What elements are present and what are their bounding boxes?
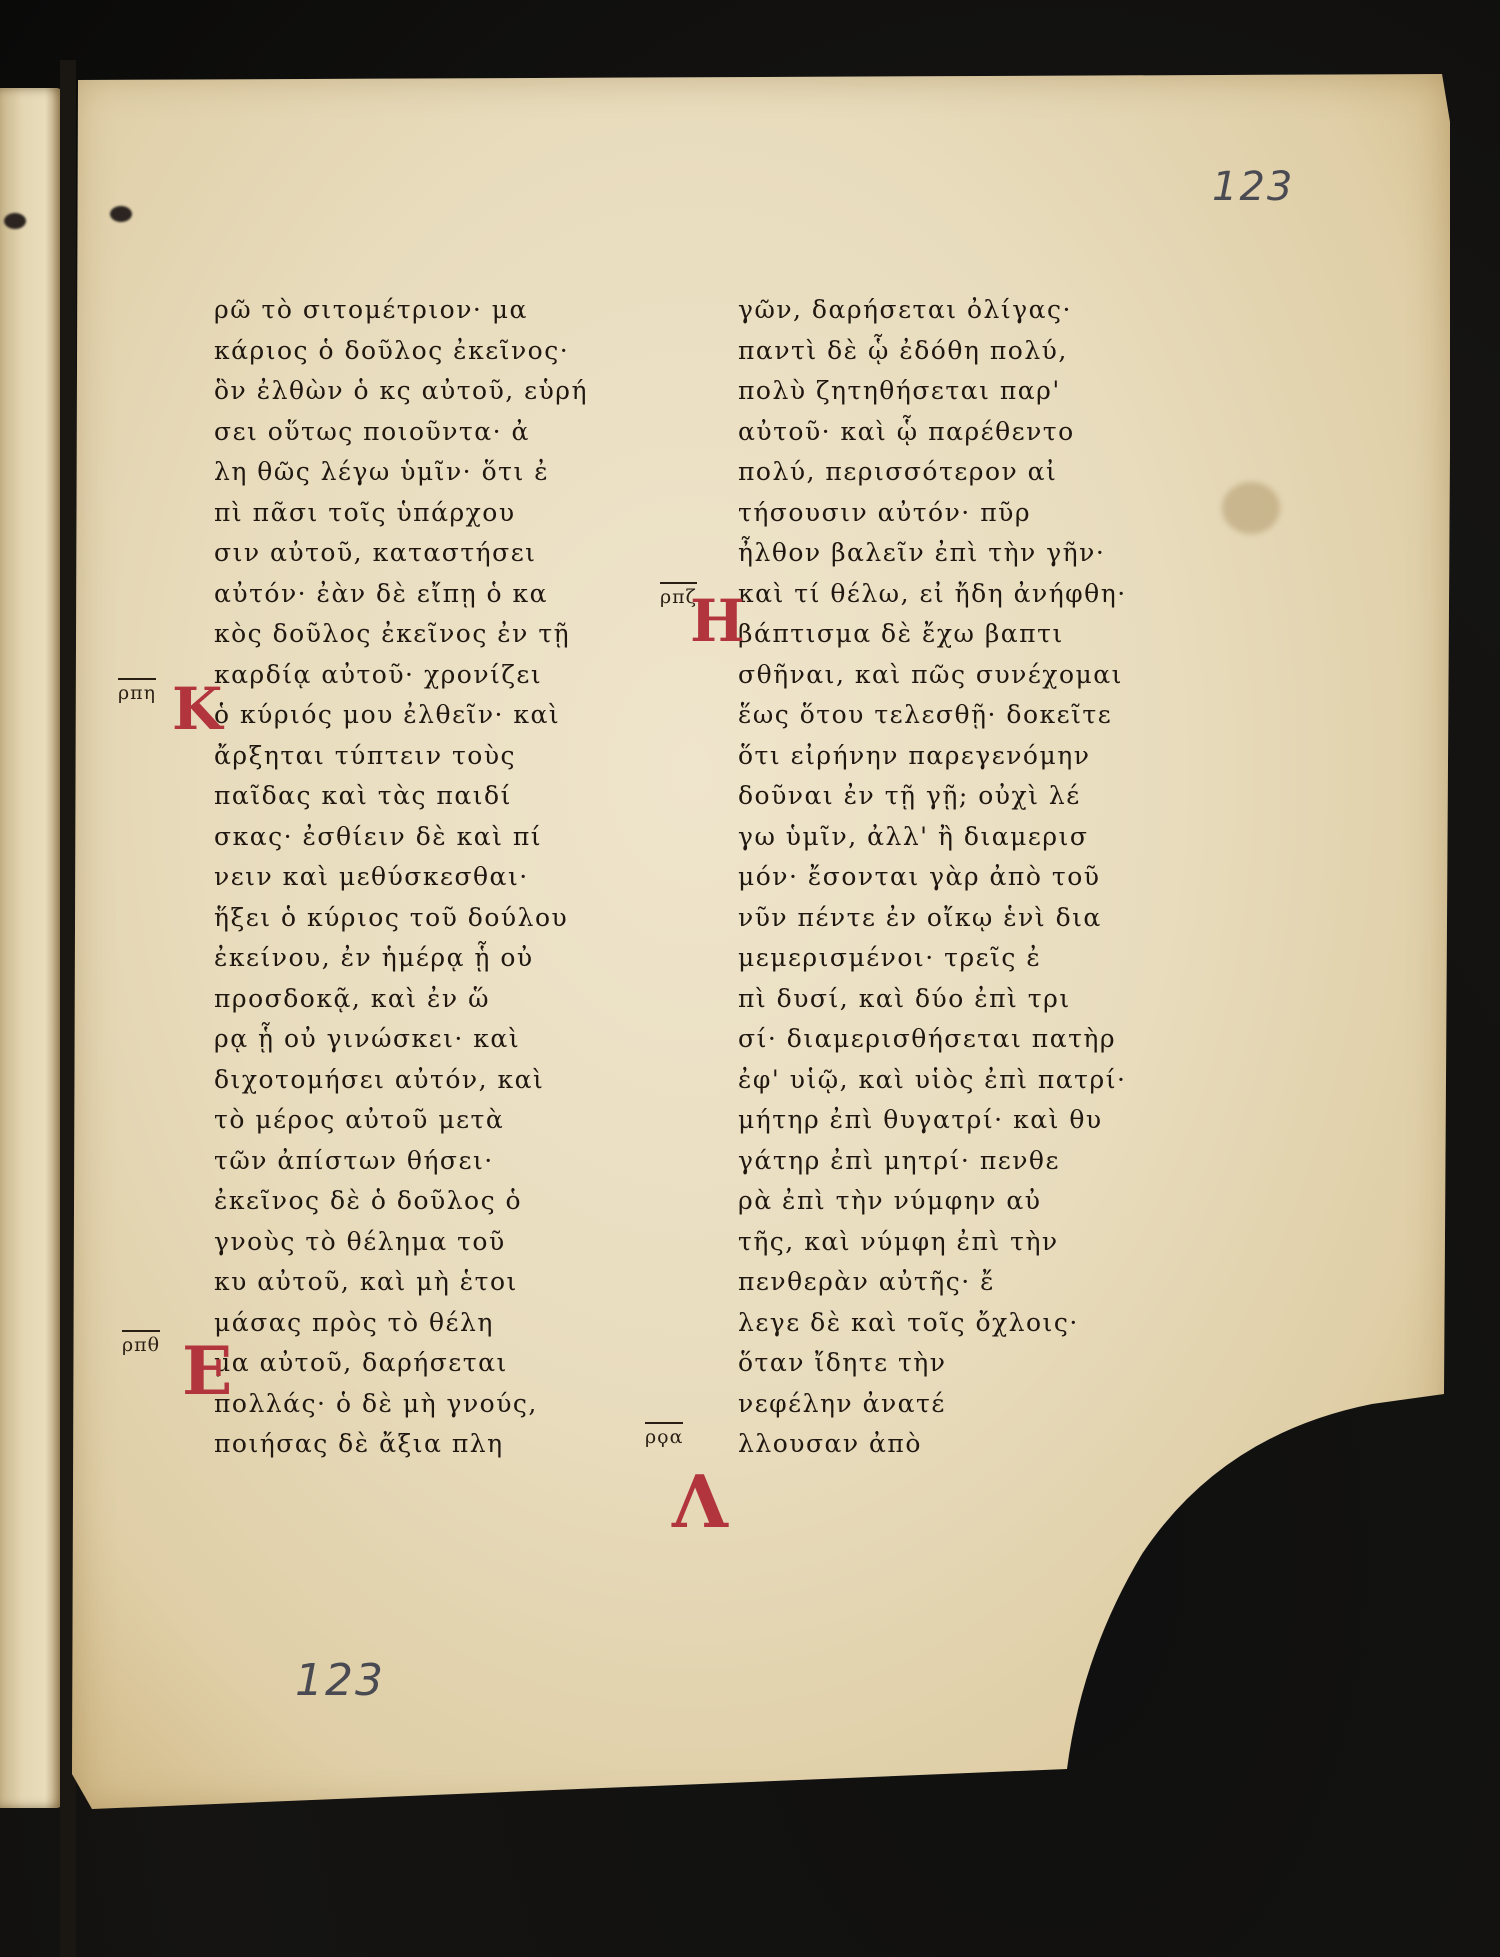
text-line: γῶν, δαρήσεται ὀλίγας·	[738, 290, 1127, 331]
text-line: σει οὕτως ποιοῦντα· ἀ	[214, 412, 588, 453]
margin-section-number: ρπθ	[122, 1330, 160, 1356]
text-line: ἐκεῖνος δὲ ὁ δοῦλος ὁ	[214, 1181, 588, 1222]
text-line: ἕως ὅτου τελεσθῇ· δοκεῖτε	[738, 695, 1127, 736]
text-line: πενθερὰν αὐτῆς· ἔ	[738, 1262, 1127, 1303]
margin-section-number: ρπη	[118, 678, 156, 704]
text-line: λη θῶς λέγω ὑμῖν· ὅτι ἐ	[214, 452, 588, 493]
text-line: βάπτισμα δὲ ἔχω βαπτι	[738, 614, 1127, 655]
text-line: διχοτομήσει αὐτόν, καὶ	[214, 1060, 588, 1101]
text-line: τῶν ἀπίστων θήσει·	[214, 1141, 588, 1182]
stain	[1222, 482, 1280, 534]
text-line: ὃν ἐλθὼν ὁ κς αὐτοῦ, εὑρή	[214, 371, 588, 412]
text-line: κάριος ὁ δοῦλος ἐκεῖνος·	[214, 331, 588, 372]
rubricated-initial: Η	[690, 592, 745, 650]
rubricated-initial: Ε	[182, 1338, 232, 1404]
folio-number-bottom: 123	[295, 1655, 385, 1706]
rubricated-initial: Κ	[172, 680, 222, 738]
right-text-column: γῶν, δαρήσεται ὀλίγας·παντὶ δὲ ᾧ ἐδόθη π…	[738, 290, 1127, 1465]
facing-page-edge	[0, 88, 64, 1808]
margin-section-number: ρϙα	[645, 1422, 683, 1448]
text-line: νειν καὶ μεθύσκεσθαι·	[214, 857, 588, 898]
left-text-column: ρῶ τὸ σιτομέτριον· μακάριος ὁ δοῦλος ἐκε…	[214, 290, 588, 1465]
text-line: παντὶ δὲ ᾧ ἐδόθη πολύ,	[738, 331, 1127, 372]
text-line: ρῶ τὸ σιτομέτριον· μα	[214, 290, 588, 331]
text-line: καρδίᾳ αὐτοῦ· χρονίζει	[214, 655, 588, 696]
text-line: κυ αὐτοῦ, καὶ μὴ ἑτοι	[214, 1262, 588, 1303]
text-line: πολὺ ζητηθήσεται παρ'	[738, 371, 1127, 412]
text-line: νῦν πέντε ἐν οἴκῳ ἑνὶ δια	[738, 898, 1127, 939]
text-line: γω ὑμῖν, ἀλλ' ἢ διαμερισ	[738, 817, 1127, 858]
text-line: λλουσαν ἀπὸ	[738, 1424, 1127, 1465]
text-line: τήσουσιν αὐτόν· πῦρ	[738, 493, 1127, 534]
text-line: μάσας πρὸς τὸ θέλη	[214, 1303, 588, 1344]
ink-blot	[110, 206, 132, 222]
text-line: πολλάς· ὁ δὲ μὴ γνούς,	[214, 1384, 588, 1425]
text-line: ἐκείνου, ἐν ἡμέρᾳ ᾗ οὐ	[214, 938, 588, 979]
text-line: παῖδας καὶ τὰς παιδί	[214, 776, 588, 817]
text-line: σιν αὐτοῦ, καταστήσει	[214, 533, 588, 574]
text-line: ποιήσας δὲ ἄξια πλη	[214, 1424, 588, 1465]
manuscript-photograph: 123 123 ρῶ τὸ σιτομέτριον· μακάριος ὁ δο…	[0, 0, 1500, 1957]
folio-number-top: 123	[1212, 164, 1294, 210]
text-line: γάτηρ ἐπὶ μητρί· πενθε	[738, 1141, 1127, 1182]
text-line: γνοὺς τὸ θέλημα τοῦ	[214, 1222, 588, 1263]
text-line: αὐτοῦ· καὶ ᾧ παρέθεντο	[738, 412, 1127, 453]
text-line: ἥξει ὁ κύριος τοῦ δούλου	[214, 898, 588, 939]
text-line: πὶ δυσί, καὶ δύο ἐπὶ τρι	[738, 979, 1127, 1020]
ink-blot	[4, 213, 26, 229]
text-line: σί· διαμερισθήσεται πατὴρ	[738, 1019, 1127, 1060]
text-line: ρὰ ἐπὶ τὴν νύμφην αὐ	[738, 1181, 1127, 1222]
text-line: μα αὐτοῦ, δαρήσεται	[214, 1343, 588, 1384]
text-line: αὐτόν· ἐὰν δὲ εἴπῃ ὁ κα	[214, 574, 588, 615]
text-line: μήτηρ ἐπὶ θυγατρί· καὶ θυ	[738, 1100, 1127, 1141]
text-line: νεφέλην ἀνατέ	[738, 1384, 1127, 1425]
text-line: πὶ πᾶσι τοῖς ὑπάρχου	[214, 493, 588, 534]
rubricated-initial: Λ	[672, 1466, 728, 1538]
text-line: δοῦναι ἐν τῇ γῇ; οὐχὶ λέ	[738, 776, 1127, 817]
text-line: ὅταν ἴδητε τὴν	[738, 1343, 1127, 1384]
text-line: ἄρξηται τύπτειν τοὺς	[214, 736, 588, 777]
text-line: μεμερισμένοι· τρεῖς ἐ	[738, 938, 1127, 979]
text-line: σκας· ἐσθίειν δὲ καὶ πί	[214, 817, 588, 858]
text-line: ρᾳ ᾗ οὐ γινώσκει· καὶ	[214, 1019, 588, 1060]
text-line: ἐφ' υἱῷ, καὶ υἱὸς ἐπὶ πατρί·	[738, 1060, 1127, 1101]
text-line: τὸ μέρος αὐτοῦ μετὰ	[214, 1100, 588, 1141]
text-line: προσδοκᾷ, καὶ ἐν ὥ	[214, 979, 588, 1020]
text-line: σθῆναι, καὶ πῶς συνέχομαι	[738, 655, 1127, 696]
text-line: μόν· ἔσονται γὰρ ἀπὸ τοῦ	[738, 857, 1127, 898]
text-line: πολύ, περισσότερον αἰ	[738, 452, 1127, 493]
text-line: ἦλθον βαλεῖν ἐπὶ τὴν γῆν·	[738, 533, 1127, 574]
text-line: ὁ κύριός μου ἐλθεῖν· καὶ	[214, 695, 588, 736]
text-line: λεγε δὲ καὶ τοῖς ὄχλοις·	[738, 1303, 1127, 1344]
text-line: ὅτι εἰρήνην παρεγενόμην	[738, 736, 1127, 777]
text-line: καὶ τί θέλω, εἰ ἤδη ἀνήφθη·	[738, 574, 1127, 615]
text-line: τῆς, καὶ νύμφη ἐπὶ τὴν	[738, 1222, 1127, 1263]
text-line: κὸς δοῦλος ἐκεῖνος ἐν τῇ	[214, 614, 588, 655]
